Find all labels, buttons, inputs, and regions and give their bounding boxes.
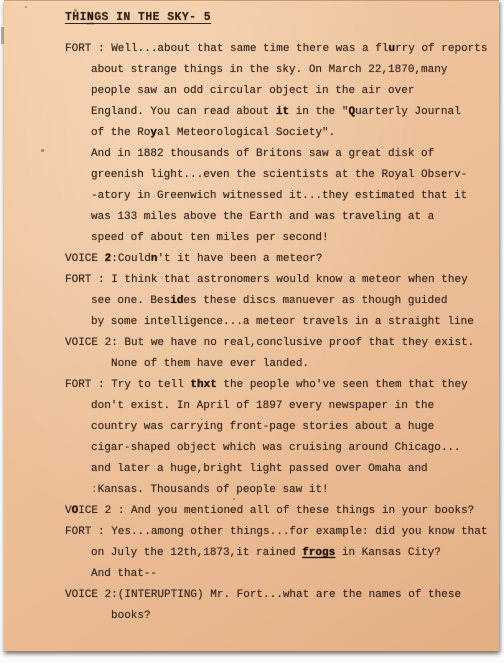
edge-smudge	[1, 27, 4, 44]
script-text: the people who've seen them that they	[217, 379, 468, 391]
script-text: greenish light...even the scientists at …	[91, 169, 467, 181]
script-text: England. You can read about	[91, 106, 276, 118]
script-text: And that--	[91, 568, 157, 580]
script-text: VOICE	[65, 253, 105, 265]
script-page: THINGS IN THE SKY- 5 FORT : Well...about…	[4, 0, 499, 651]
script-text: :	[91, 484, 98, 496]
script-text: None of them have ever landed.	[111, 358, 309, 370]
script-line: England. You can read about it in the "Q…	[65, 102, 487, 123]
script-text: es these discs manuever as though guided	[183, 295, 447, 307]
script-line: books?	[65, 606, 487, 627]
script-text: THI	[65, 11, 87, 24]
script-line: cigar-shaped object which was cruising a…	[65, 438, 487, 459]
script-text: about strange things in the sky. On Marc…	[91, 64, 447, 76]
script-text: and later a huge,bright light passed ove…	[91, 463, 428, 475]
script-text: FORT : Yes...among other things...for ex…	[65, 526, 487, 538]
paper-speck	[25, 6, 27, 8]
script-text: in Kansas City?	[335, 547, 441, 559]
script-text: by some intelligence...a meteor travels …	[91, 316, 474, 328]
script-line: about strange things in the sky. On Marc…	[65, 60, 487, 81]
script-text: rry of reports	[395, 43, 487, 55]
script-text: :Could	[111, 253, 151, 265]
script-line: FORT : Yes...among other things...for ex…	[65, 522, 487, 543]
script-text: Kansas. Thousands of people saw it!	[98, 484, 329, 496]
script-line: None of them have ever landed.	[65, 354, 487, 375]
script-text: don't exist. In April of 1897 every news…	[91, 400, 434, 412]
script-line: :Kansas. Thousands of people saw it!	[65, 480, 487, 501]
script-lines: FORT : Well...about that same time there…	[65, 39, 487, 627]
script-line: by some intelligence...a meteor travels …	[65, 312, 487, 333]
script-line: was 133 miles above the Earth and was tr…	[65, 207, 487, 228]
script-text: FORT : Try to tell	[65, 379, 190, 391]
script-line: VOICE 2: But we have no real,conclusive …	[65, 333, 487, 354]
script-text: was 133 miles above the Earth and was tr…	[91, 211, 434, 223]
script-line: don't exist. In April of 1897 every news…	[65, 396, 487, 417]
script-text: speed of about ten miles per second!	[91, 232, 329, 244]
script-text: in the "	[289, 106, 348, 118]
script-text: country was carrying front-page stories …	[91, 421, 434, 433]
overstruck-text: thxt	[190, 379, 216, 391]
script-line: FORT : Try to tell thxt the people who'v…	[65, 375, 487, 396]
script-line: and later a huge,bright light passed ove…	[65, 459, 487, 480]
script-text: FORT : Well...about that same time there…	[65, 43, 388, 55]
script-line: speed of about ten miles per second!	[65, 228, 487, 249]
photo-frame: THINGS IN THE SKY- 5 FORT : Well...about…	[0, 0, 504, 663]
script-text: V	[65, 505, 72, 517]
script-line: And in 1882 thousands of Britons saw a g…	[65, 144, 487, 165]
script-text: VOICE 2: But we have no real,conclusive …	[65, 337, 474, 349]
script-text: 't it have been a meteor?	[157, 253, 322, 265]
paper-speck	[41, 149, 44, 152]
script-text: VOICE 2:(INTERUPTING) Mr. Fort...what ar…	[65, 589, 461, 601]
page-title: THINGS IN THE SKY- 5	[65, 11, 211, 24]
script-line: VOICE 2 : And you mentioned all of these…	[65, 501, 487, 522]
script-line: FORT : I think that astronomers would kn…	[65, 270, 487, 291]
script-line: FORT : Well...about that same time there…	[65, 39, 487, 60]
script-line: greenish light...even the scientists at …	[65, 165, 487, 186]
script-line: country was carrying front-page stories …	[65, 417, 487, 438]
script-line: VOICE 2:Couldn't it have been a meteor?	[65, 249, 487, 270]
script-line: And that--	[65, 564, 487, 585]
script-text: GS IN THE SKY- 5	[94, 11, 211, 24]
script-line: people saw an odd circular object in the…	[65, 81, 487, 102]
script-text: see one. Bes	[91, 295, 170, 307]
script-text: uarterly Journal	[355, 106, 461, 118]
script-text: of the Ro	[91, 127, 150, 139]
script-text: -atory in Greenwich witnessed it...they …	[91, 190, 467, 202]
overstruck-text: it	[276, 106, 289, 118]
underlined-word: frogs	[302, 547, 335, 559]
script-line: of the Royal Meteorological Society".	[65, 123, 487, 144]
script-text: al Meteorological Society".	[157, 127, 335, 139]
script-text: And in 1882 thousands of Britons saw a g…	[91, 148, 434, 160]
script-text: on July the 12th,1873,it rained	[91, 547, 302, 559]
script-text: ICE 2 : And you mentioned all of these t…	[78, 505, 474, 517]
script-line: on July the 12th,1873,it rained frogs in…	[65, 543, 487, 564]
script-text: cigar-shaped object which was cruising a…	[91, 442, 461, 454]
script-line: see one. Besides these discs manuever as…	[65, 291, 487, 312]
script-line: -atory in Greenwich witnessed it...they …	[65, 186, 487, 207]
script-text: people saw an odd circular object in the…	[91, 85, 414, 97]
script-text: books?	[111, 610, 151, 622]
script-line: VOICE 2:(INTERUPTING) Mr. Fort...what ar…	[65, 585, 487, 606]
overstruck-text: id	[170, 295, 183, 307]
script-text: FORT : I think that astronomers would kn…	[65, 274, 468, 286]
